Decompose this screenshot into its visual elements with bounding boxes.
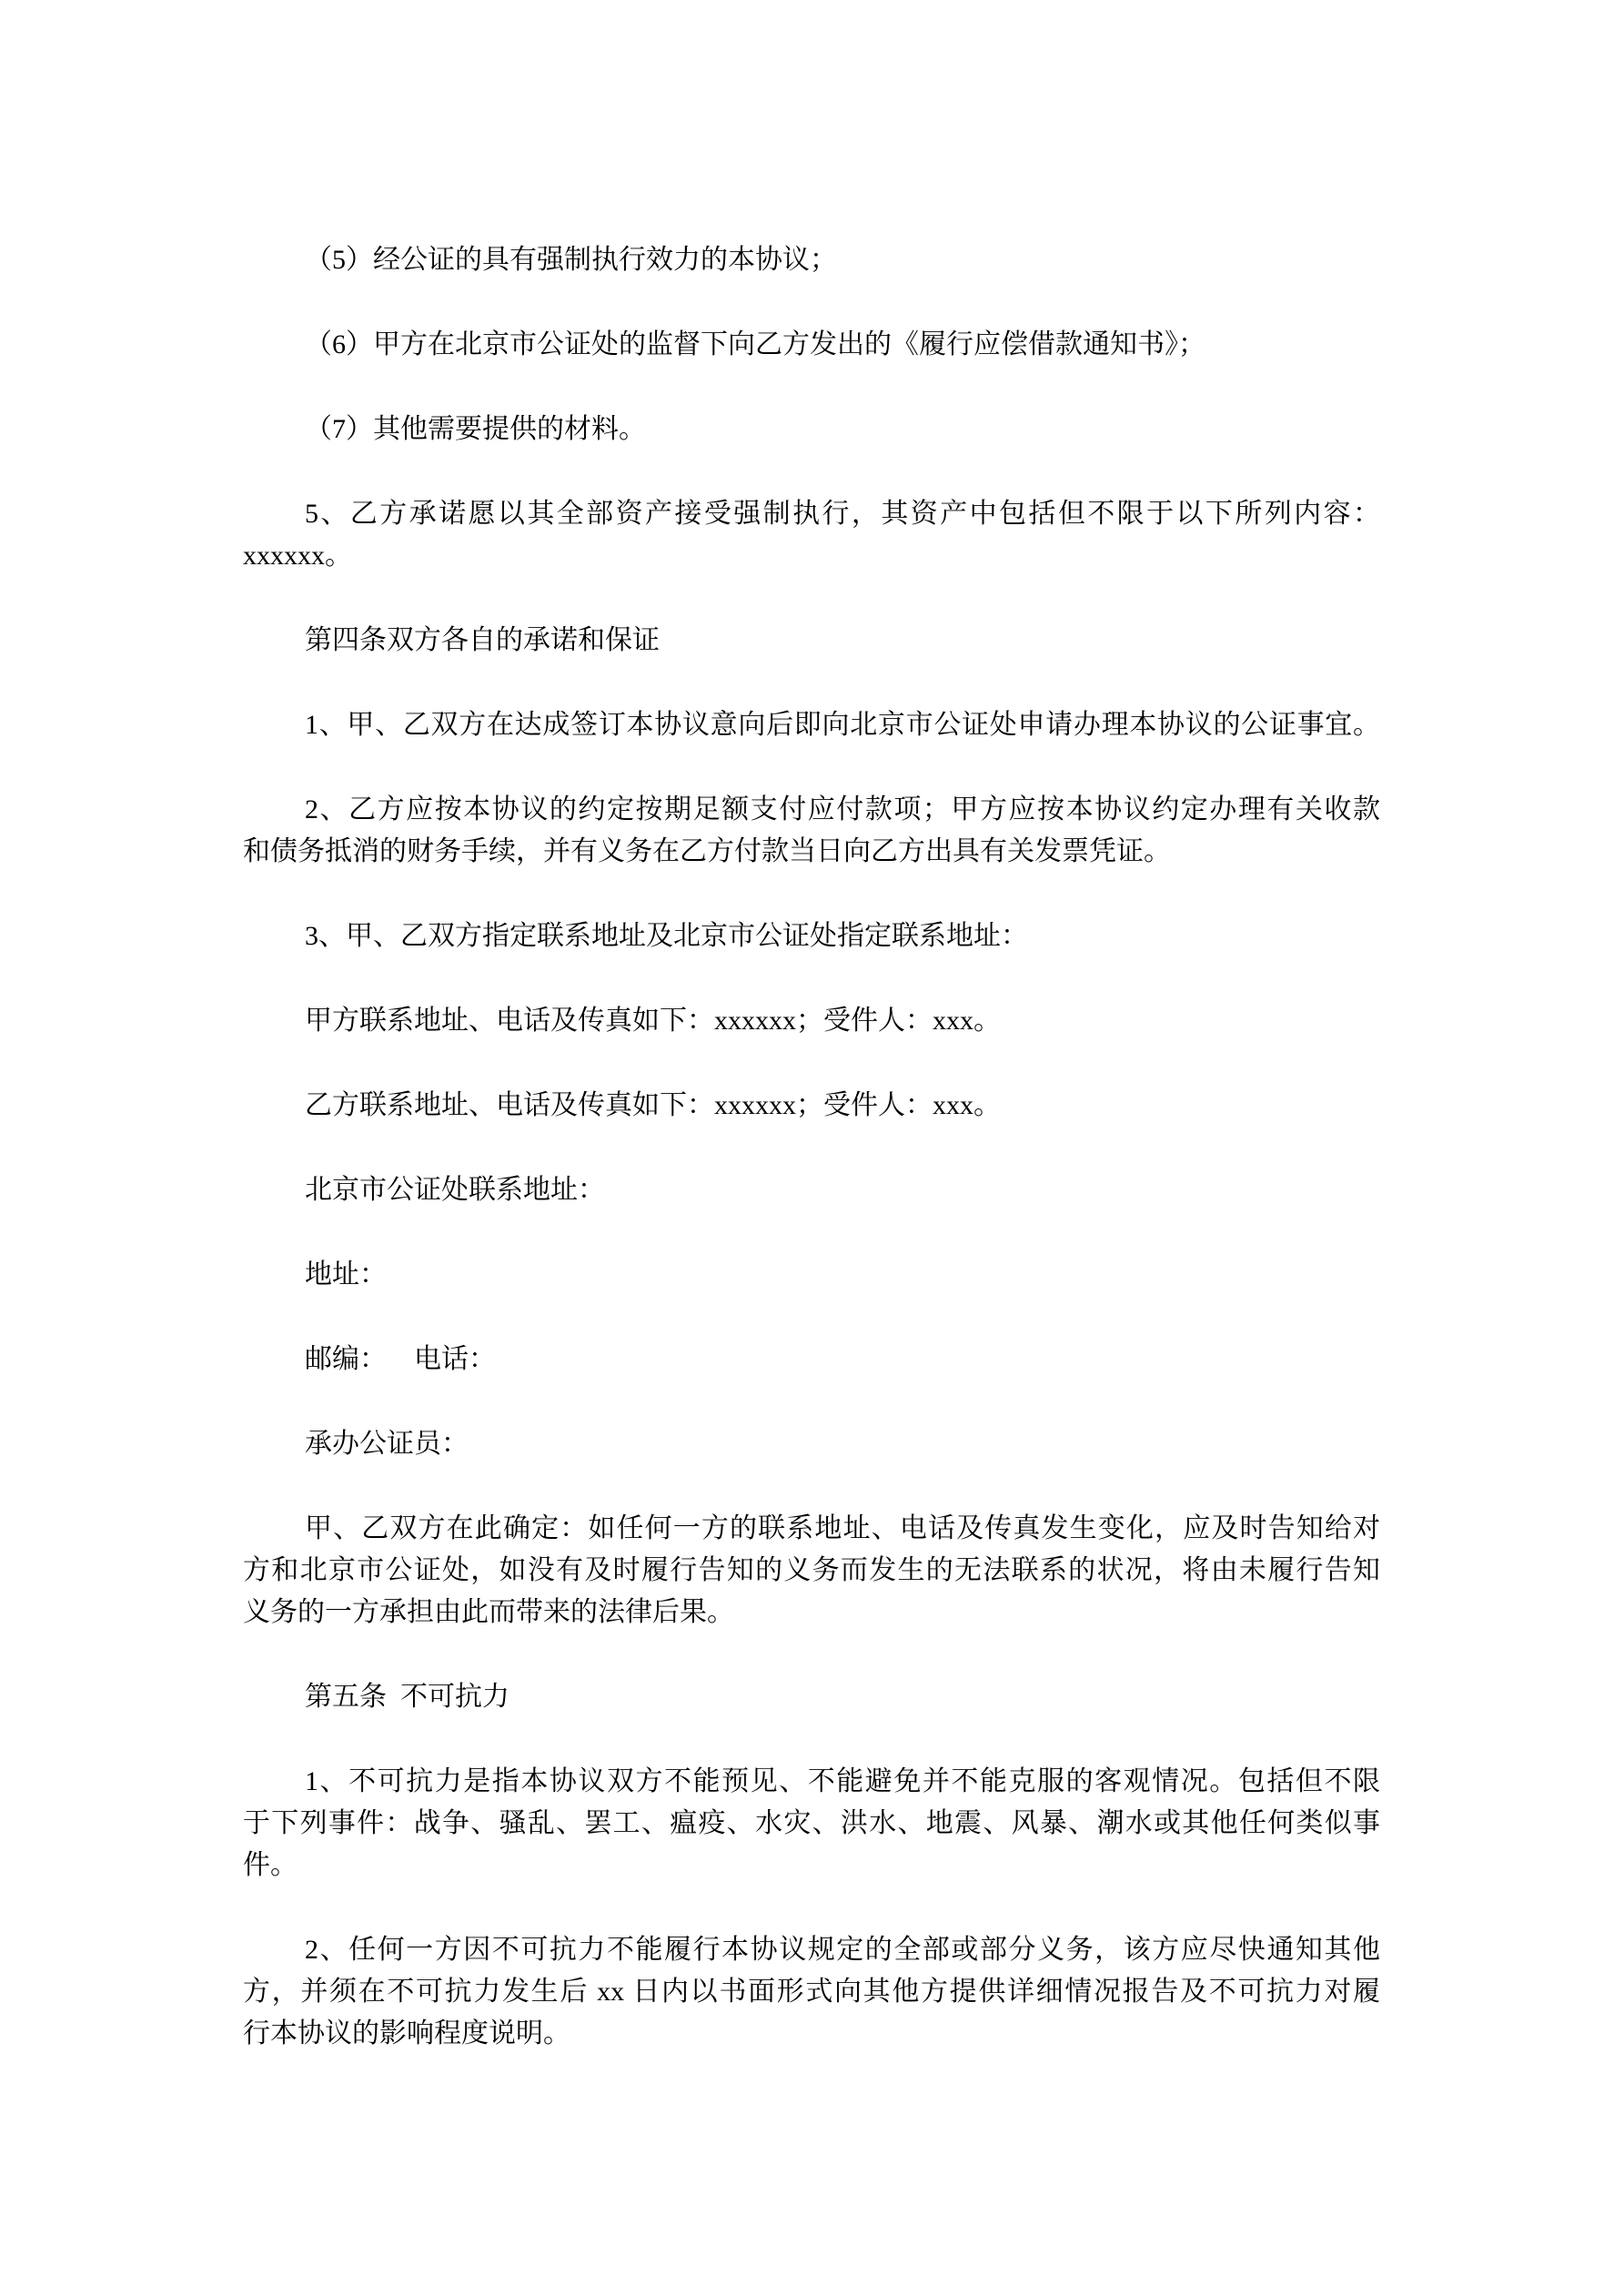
text-line: 承办公证员：	[243, 1423, 1380, 1465]
text-line: 行本协议的影响程度说明。	[243, 2013, 1380, 2055]
paragraph: 1、甲、乙双方在达成签订本协议意向后即向北京市公证处申请办理本协议的公证事宜。	[243, 704, 1380, 746]
section-heading: 第四条双方各自的承诺和保证	[243, 620, 1380, 662]
text-line: （6）甲方在北京市公证处的监督下向乙方发出的《履行应偿借款通知书》；	[243, 324, 1380, 366]
text-line: 义务的一方承担由此而带来的法律后果。	[243, 1592, 1380, 1633]
text-line: 方和北京市公证处，如没有及时履行告知的义务而发生的无法联系的状况，将由未履行告知	[243, 1550, 1380, 1592]
text-line: xxxxxx。	[243, 535, 1380, 577]
contract-body: （5）经公证的具有强制执行效力的本协议；（6）甲方在北京市公证处的监督下向乙方发…	[243, 239, 1380, 2055]
paragraph: 1、不可抗力是指本协议双方不能预见、不能避免并不能克服的客观情况。包括但不限于下…	[243, 1761, 1380, 1886]
text-line: 北京市公证处联系地址：	[243, 1169, 1380, 1211]
text-line: 地址：	[243, 1254, 1380, 1296]
section-heading-line: 第五条 不可抗力	[243, 1676, 1380, 1718]
text-line: 和债务抵消的财务手续，并有义务在乙方付款当日向乙方出具有关发票凭证。	[243, 831, 1380, 873]
text-line: 件。	[243, 1845, 1380, 1886]
paragraph: 3、甲、乙双方指定联系地址及北京市公证处指定联系地址：	[243, 915, 1380, 957]
text-line: 1、不可抗力是指本协议双方不能预见、不能避免并不能克服的客观情况。包括但不限	[243, 1761, 1380, 1803]
text-line: 甲方联系地址、电话及传真如下：xxxxxx；受件人：xxx。	[243, 1000, 1380, 1042]
paragraph: （7）其他需要提供的材料。	[243, 409, 1380, 450]
text-line: 2、乙方应按本协议的约定按期足额支付应付款项；甲方应按本协议约定办理有关收款	[243, 789, 1380, 831]
text-line: （5）经公证的具有强制执行效力的本协议；	[243, 239, 1380, 281]
text-line: 甲、乙双方在此确定：如任何一方的联系地址、电话及传真发生变化，应及时告知给对	[243, 1508, 1380, 1550]
paragraph: 5、乙方承诺愿以其全部资产接受强制执行，其资产中包括但不限于以下所列内容：xxx…	[243, 493, 1380, 577]
text-line: 3、甲、乙双方指定联系地址及北京市公证处指定联系地址：	[243, 915, 1380, 957]
paragraph: 2、乙方应按本协议的约定按期足额支付应付款项；甲方应按本协议约定办理有关收款和债…	[243, 789, 1380, 873]
text-line: 邮编： 电话：	[243, 1339, 1380, 1381]
section-heading-line: 第四条双方各自的承诺和保证	[243, 620, 1380, 662]
document-page: （5）经公证的具有强制执行效力的本协议；（6）甲方在北京市公证处的监督下向乙方发…	[0, 0, 1624, 2296]
paragraph: 2、任何一方因不可抗力不能履行本协议规定的全部或部分义务，该方应尽快通知其他方，…	[243, 1929, 1380, 2055]
text-line: （7）其他需要提供的材料。	[243, 409, 1380, 450]
paragraph: 北京市公证处联系地址：	[243, 1169, 1380, 1211]
text-line: 1、甲、乙双方在达成签订本协议意向后即向北京市公证处申请办理本协议的公证事宜。	[243, 704, 1380, 746]
text-line: 2、任何一方因不可抗力不能履行本协议规定的全部或部分义务，该方应尽快通知其他	[243, 1929, 1380, 1971]
text-line: 方，并须在不可抗力发生后 xx 日内以书面形式向其他方提供详细情况报告及不可抗力…	[243, 1971, 1380, 2013]
text-line: 乙方联系地址、电话及传真如下：xxxxxx；受件人：xxx。	[243, 1085, 1380, 1127]
paragraph: 邮编： 电话：	[243, 1339, 1380, 1381]
text-line: 于下列事件：战争、骚乱、罢工、瘟疫、水灾、洪水、地震、风暴、潮水或其他任何类似事	[243, 1803, 1380, 1845]
paragraph: （5）经公证的具有强制执行效力的本协议；	[243, 239, 1380, 281]
paragraph: 甲、乙双方在此确定：如任何一方的联系地址、电话及传真发生变化，应及时告知给对方和…	[243, 1508, 1380, 1633]
paragraph: 甲方联系地址、电话及传真如下：xxxxxx；受件人：xxx。	[243, 1000, 1380, 1042]
paragraph: 地址：	[243, 1254, 1380, 1296]
paragraph: （6）甲方在北京市公证处的监督下向乙方发出的《履行应偿借款通知书》；	[243, 324, 1380, 366]
text-line: 5、乙方承诺愿以其全部资产接受强制执行，其资产中包括但不限于以下所列内容：	[243, 493, 1380, 535]
section-heading: 第五条 不可抗力	[243, 1676, 1380, 1718]
paragraph: 乙方联系地址、电话及传真如下：xxxxxx；受件人：xxx。	[243, 1085, 1380, 1127]
paragraph: 承办公证员：	[243, 1423, 1380, 1465]
